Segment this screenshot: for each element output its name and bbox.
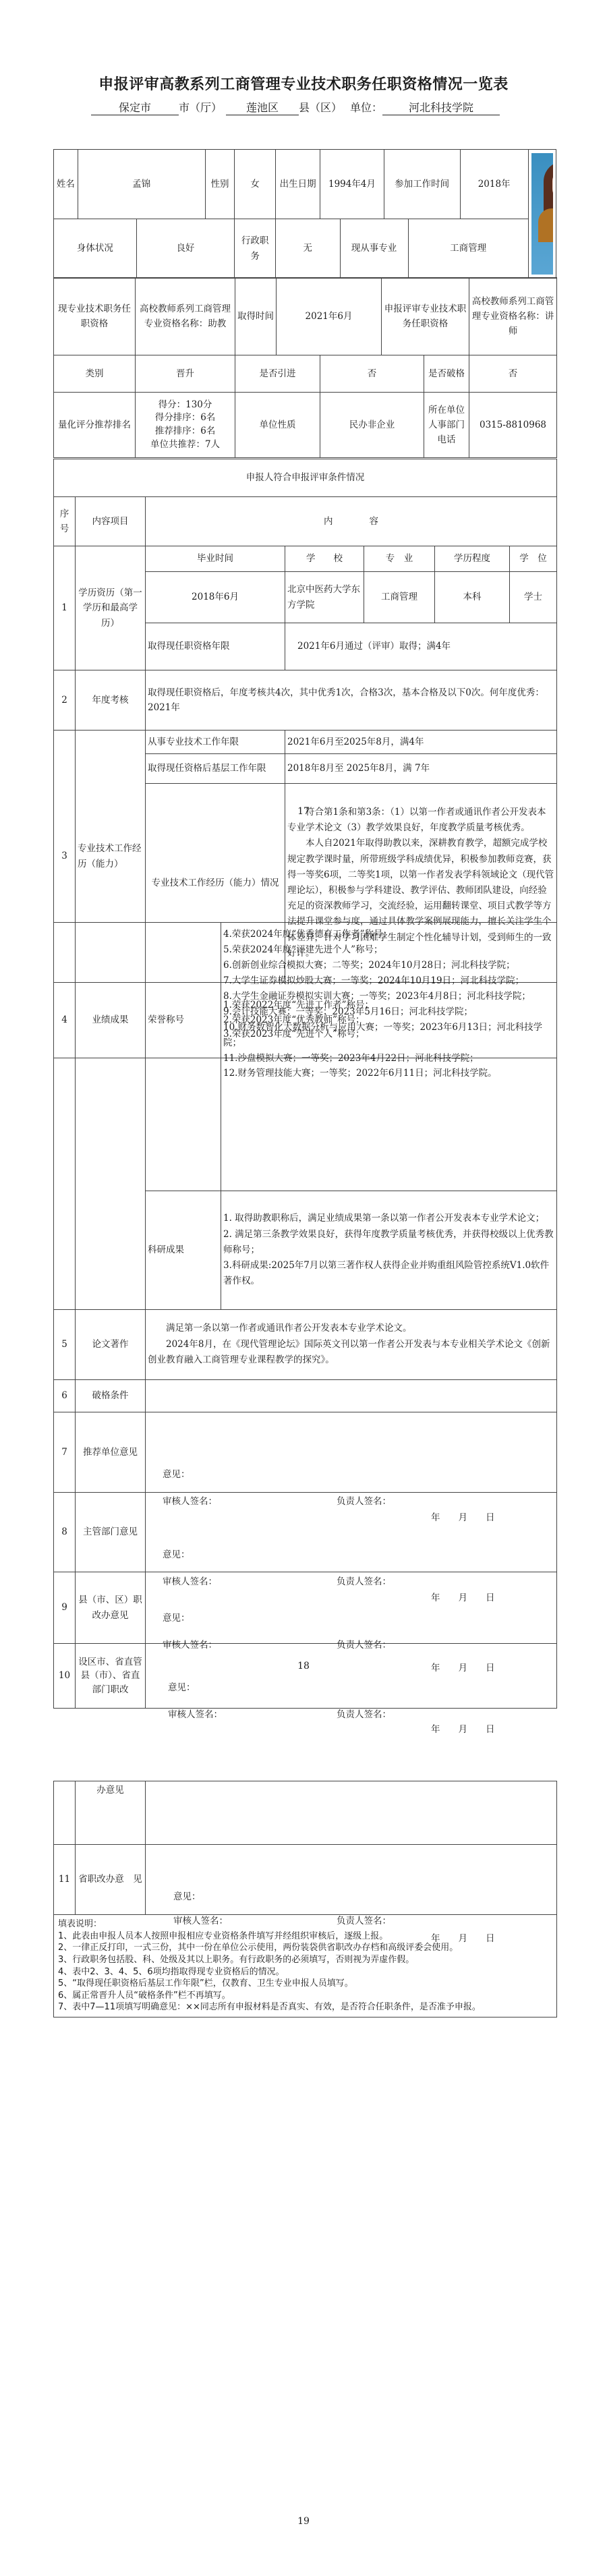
unit-line: 保定市市（厅）莲池区县（区）单位：河北科技学院 [91, 99, 523, 115]
page-number: 18 [0, 1661, 607, 1671]
honor-label-cont [146, 923, 221, 1191]
obtain-value: 2021年6月 [277, 278, 382, 355]
opinion-city[interactable]: 意见： 审核人签名： 负责人签名： 年 月 日 [146, 1644, 557, 1709]
admin-value: 无 [275, 219, 340, 279]
research-item: 2. 满足第三条教学效果良好，获得年度教学质量考核优秀，并获得校级以上优秀教师称… [223, 1227, 554, 1258]
opinion-text-label: 意见： [168, 1680, 196, 1695]
work-start-value: 2018年 [460, 150, 528, 219]
health-label: 身体状况 [54, 219, 137, 279]
applicant-photo [528, 150, 556, 279]
score: 得分：130分 [138, 399, 233, 412]
opinion-no: 10 [54, 1644, 76, 1709]
col-item-header: 内容项目 [76, 497, 146, 546]
score-values: 得分：130分 得分排序：6名 推荐排序：6名 单位共推荐：7人 [136, 393, 235, 458]
exception-no: 6 [54, 1380, 76, 1412]
col-content-header: 内 容 [146, 497, 557, 546]
birth-value: 1994年4月 [320, 150, 384, 219]
work-start-label: 参加工作时间 [384, 150, 460, 219]
papers-content: 满足第一条以第一作者或通讯作者公开发表本专业学术论文。 2024年8月，在《现代… [146, 1310, 557, 1380]
page-number: 17 [0, 806, 607, 817]
opinion-label: 推荐单位意见 [76, 1412, 146, 1493]
gender-value: 女 [235, 150, 276, 219]
apply-qual-label: 申报评审专业技术职务任职资格 [382, 278, 469, 355]
honor-item: 8.大学生金融证券模拟实训大赛；一等奖；2023年4月8日；河北科技学院； [223, 989, 554, 1004]
gender-label: 性别 [205, 150, 234, 219]
note-item: 4、表中2、3、4、5、6项均指取得现专业资格后的情况。 [58, 1966, 552, 1978]
col-no-header: 序号 [54, 497, 76, 546]
opinion-text-label: 意见： [163, 1547, 190, 1562]
opinion-label: 省职改办意 见 [76, 1845, 146, 1915]
reviewer-signature: 审核人签名： [163, 1638, 217, 1653]
unit-type-label: 单位性质 [235, 393, 320, 458]
apply-qual-value: 高校教师系列工商管理专业资格名称：讲师 [469, 278, 557, 355]
reviewer-signature: 审核人签名： [163, 1574, 217, 1589]
note-item: 6、属正常晋升人员“破格条件”栏不再填写。 [58, 1990, 552, 2002]
opinion-no: 9 [54, 1572, 76, 1644]
exception-label: 破格条件 [76, 1380, 146, 1412]
score-label: 量化评分推荐排名 [54, 393, 136, 458]
honor-item: 12.财务管理技能大赛；一等奖；2022年6月11日；河北科技学院。 [223, 1066, 554, 1081]
leader-signature: 负责人签名： [337, 1914, 391, 1928]
research-item: 3.科研成果:2025年7月以第三著作权人获得企业并购重组风险管控系统V1.0软… [223, 1258, 554, 1289]
edu-value-0: 2018年6月 [146, 572, 285, 623]
leader-signature: 负责人签名： [337, 1574, 391, 1589]
edu-value-3: 本科 [435, 572, 510, 623]
honor-item: 4.荣获2024年度“优秀德育工作者”称号； [223, 927, 554, 942]
opinion-city-cont[interactable] [146, 1781, 557, 1845]
reviewer-signature: 审核人签名： [163, 1494, 217, 1509]
honors-list-p2: 4.荣获2024年度“优秀德育工作者”称号； 5.荣获2024年度“评建先进个人… [221, 923, 557, 1191]
opinion-label-cont: 办意见 [76, 1781, 146, 1845]
opinion-no: 7 [54, 1412, 76, 1493]
county-value: 莲池区 [226, 99, 299, 115]
exceptional-label: 是否破格 [424, 355, 469, 393]
county-suffix: 县（区） [299, 101, 342, 114]
unit-label: 单位： [350, 101, 382, 114]
opinion-no: 11 [54, 1845, 76, 1915]
reviewer-signature: 审核人签名： [173, 1914, 228, 1928]
edu-years-label: 取得现任职资格年限 [146, 623, 285, 670]
grassroots-value: 2018年8月至 2025年8月，满 7年 [285, 754, 557, 784]
recommend-total: 单位共推荐：7人 [138, 438, 233, 452]
hr-phone-value: 0315-8810968 [469, 393, 557, 458]
filling-instructions: 填表说明： 1、此表由申报人员本人按照申报相应专业资格条件填写并经组织审核后，逐… [54, 1915, 557, 2017]
score-rank: 得分排序：6名 [138, 411, 233, 425]
note-item: 7、表中7—11项填写明确意见：××同志所有申报材料是否真实、有效，是否符合任职… [58, 2001, 552, 2013]
note-item: 5、“取得现任职资格后基层工作年限”栏，仅教育、卫生专业申报人员填写。 [58, 1978, 552, 1990]
grassroots-label: 取得现任资格后基层工作年限 [146, 754, 285, 784]
edu-label: 学历资历（第一学历和最高学历） [76, 546, 146, 670]
edu-no: 1 [54, 546, 76, 670]
opinions-table-cont: 办意见 11 省职改办意 见 意见： 审核人签名： 负责人签名： 年 月 日 填… [53, 1781, 557, 2017]
honor-item: 6.创新创业综合模拟大赛；二等奖；2024年10月28日；河北科技学院； [223, 958, 554, 973]
sign-date: 年 月 日 [431, 1931, 495, 1946]
admin-label: 行政职务 [235, 219, 276, 279]
edu-header-0: 毕业时间 [146, 546, 285, 572]
name-label: 姓名 [54, 150, 78, 219]
opinion-label: 主管部门意见 [76, 1493, 146, 1572]
opinion-text-label: 意见： [163, 1611, 190, 1626]
opinion-text-label: 意见： [173, 1889, 201, 1904]
basic-info-table: 姓名 孟锦 性别 女 出生日期 1994年4月 参加工作时间 2018年 身体状… [53, 149, 556, 279]
unit-value: 河北科技学院 [382, 99, 500, 115]
honor-item: 7.大学生证券模拟炒股大赛；一等奖；2024年10月19日；河北科技学院； [223, 973, 554, 989]
honor-item: 11.沙盘模拟大赛；一等奖；2023年4月22日；河北科技学院； [223, 1051, 554, 1066]
unit-type-value: 民办非企业 [320, 393, 424, 458]
birth-label: 出生日期 [275, 150, 320, 219]
category-value: 晋升 [136, 355, 235, 393]
edu-header-4: 学 位 [510, 546, 557, 572]
city-suffix: 市（厅） [179, 101, 222, 114]
introduced-value: 否 [320, 355, 424, 393]
current-qual-label: 现专业技术职务任职资格 [54, 278, 136, 355]
reviewer-signature: 审核人签名： [168, 1707, 223, 1722]
hr-phone-label: 所在单位人事部门电话 [424, 393, 469, 458]
research-list: 1. 取得助教职称后，满足业绩成果第一条以第一作者公开发表本专业学术论文； 2.… [221, 1191, 557, 1310]
achievements-no-cont [54, 923, 76, 1310]
category-label: 类别 [54, 355, 136, 393]
name-value: 孟锦 [78, 150, 205, 219]
edu-value-2: 工商管理 [364, 572, 435, 623]
edu-value-1: 北京中医药大学东方学院 [285, 572, 364, 623]
sign-date: 年 月 日 [431, 1722, 495, 1737]
current-qual-value: 高校教师系列工商管理专业资格名称：助教 [136, 278, 235, 355]
conditions-section-title: 申报人符合申报评审条件情况 [54, 459, 557, 497]
research-label: 科研成果 [146, 1191, 221, 1310]
assessment-no: 2 [54, 670, 76, 731]
recommend-rank: 推荐排序：6名 [138, 425, 233, 438]
opinion-label: 县（市、区）职改办意见 [76, 1572, 146, 1644]
conditions-table-cont: 4.荣获2024年度“优秀德育工作者”称号； 5.荣获2024年度“评建先进个人… [53, 922, 557, 1709]
achievements-label-cont [76, 923, 146, 1310]
honor-item: 9.会计技能大赛；一等奖；2023年5月16日；河北科技学院； [223, 1004, 554, 1020]
work-years-label: 从事专业技术工作年限 [146, 731, 285, 754]
sign-date: 年 月 日 [431, 1591, 495, 1605]
document-title: 申报评审高教系列工商管理专业技术职务任职资格情况一览表 [0, 73, 607, 94]
qualification-table: 现专业技术职务任职资格 高校教师系列工商管理专业资格名称：助教 取得时间 202… [53, 277, 557, 458]
opinion-text-label: 意见： [163, 1467, 190, 1482]
papers-p1: 满足第一条以第一作者或通讯作者公开发表本专业学术论文。 [148, 1321, 554, 1337]
honor-item: 5.荣获2024年度“评建先进个人”称号； [223, 942, 554, 958]
obtain-label: 取得时间 [235, 278, 277, 355]
note-item: 3、行政职务包括股、科、处级及其以上职务。有行政职务的必须填写，否则视为弄虚作假… [58, 1954, 552, 1966]
leader-signature: 负责人签名： [337, 1494, 391, 1509]
work-years-value: 2021年6月至2025年8月，满4年 [285, 731, 557, 754]
city-value: 保定市 [91, 99, 179, 115]
exceptional-value: 否 [469, 355, 557, 393]
opinion-province[interactable]: 意见： 审核人签名： 负责人签名： 年 月 日 [146, 1845, 557, 1915]
edu-years-value: 2021年6月通过（评审）取得；满4年 [285, 623, 557, 670]
page-number: 19 [0, 2516, 607, 2527]
edu-header-1: 学 校 [285, 546, 364, 572]
major-label: 现从事专业 [340, 219, 408, 279]
honor-item: 10.财务数智化大数据分析与应用大赛；一等奖；2023年6月13日；河北科技学院… [223, 1020, 554, 1051]
opinion-no-cont [54, 1781, 76, 1845]
major-value: 工商管理 [408, 219, 528, 279]
exception-value [146, 1380, 557, 1412]
notes-title: 填表说明： [58, 1918, 552, 1930]
edu-header-2: 专 业 [364, 546, 435, 572]
opinion-recommend-unit[interactable]: 意见： 审核人签名： 负责人签名： 年 月 日 [146, 1412, 557, 1493]
opinion-label: 设区市、省直管县（市）、省直部门职改 [76, 1644, 146, 1709]
papers-label: 论文著作 [76, 1310, 146, 1380]
assessment-label: 年度考核 [76, 670, 146, 731]
leader-signature: 负责人签名： [337, 1707, 391, 1722]
opinion-no: 8 [54, 1493, 76, 1572]
sign-date: 年 月 日 [431, 1510, 495, 1525]
research-item: 1. 取得助教职称后，满足业绩成果第一条以第一作者公开发表本专业学术论文； [223, 1211, 554, 1226]
assessment-text: 取得现任职资格后，年度考核共4次，其中优秀1次，合格3次，基本合格及以下0次。何… [146, 670, 557, 731]
health-value: 良好 [136, 219, 235, 279]
papers-p2: 2024年8月，在《现代管理论坛》国际英文刊以第一作者公开发表与本专业相关学术论… [148, 1337, 554, 1369]
leader-signature: 负责人签名： [337, 1638, 391, 1653]
edu-value-4: 学士 [510, 572, 557, 623]
edu-header-3: 学历程度 [435, 546, 510, 572]
introduced-label: 是否引进 [235, 355, 320, 393]
papers-no: 5 [54, 1310, 76, 1380]
